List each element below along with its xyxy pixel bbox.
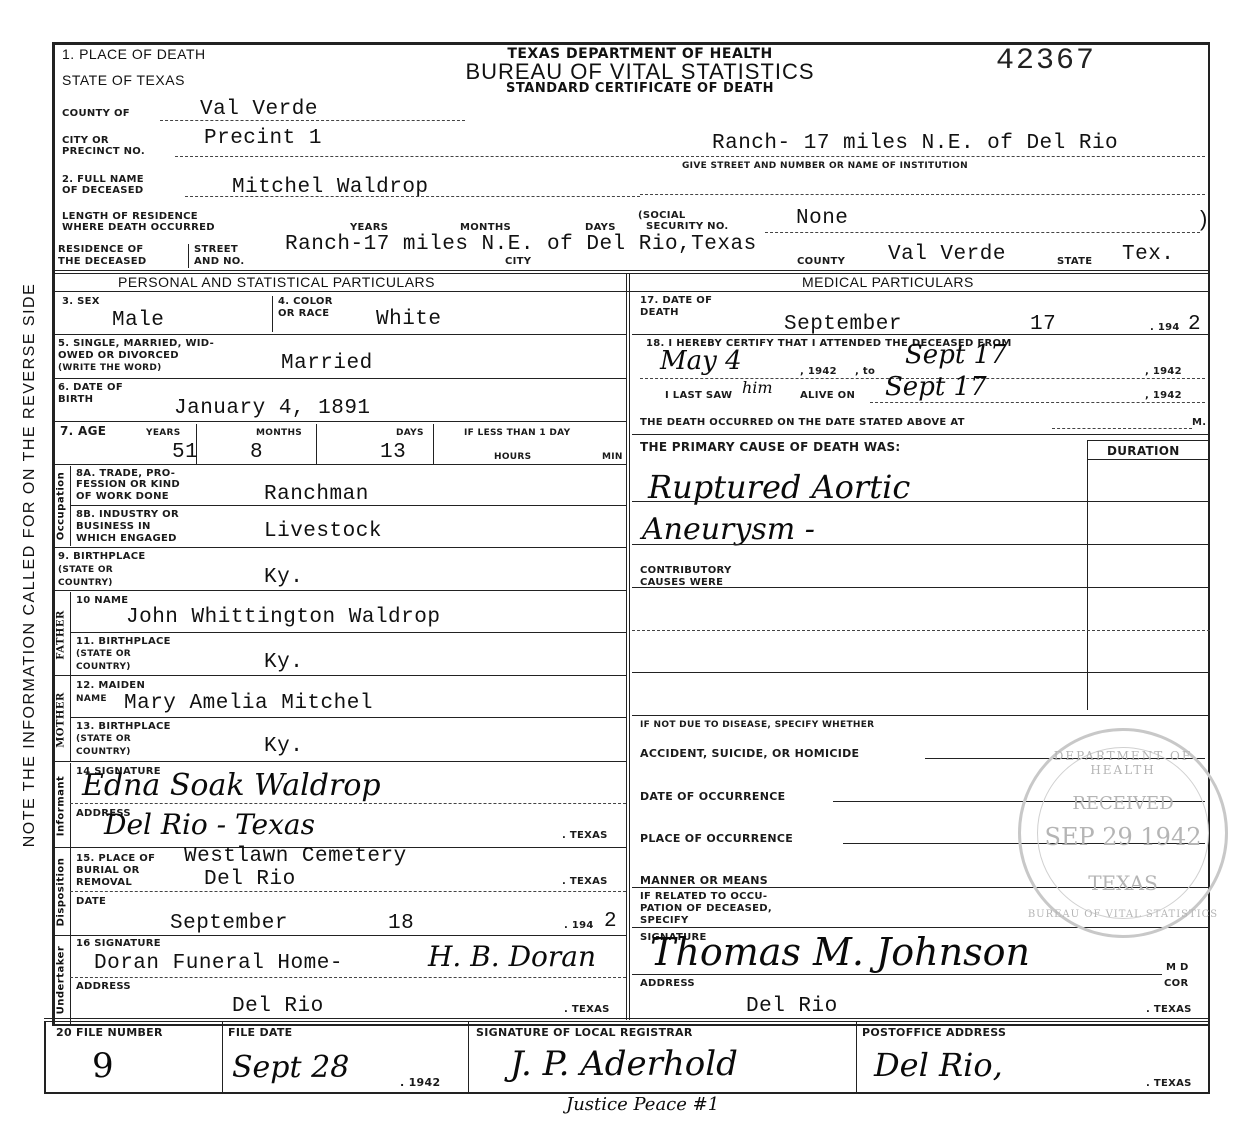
dod-day: 17 <box>1030 313 1056 336</box>
trade-label-1: 8A. TRADE, PRO- <box>76 468 175 479</box>
residence-label-2: THE DECEASED <box>58 256 146 267</box>
not-disease-label: IF NOT DUE TO DISEASE, SPECIFY WHETHER <box>640 720 874 730</box>
race-label-1: 4. COLOR <box>278 296 333 307</box>
father-name-label: 10 NAME <box>76 595 128 606</box>
undertaker-tab-label: Undertaker <box>56 946 67 1015</box>
age-less-label: IF LESS THAN 1 DAY <box>464 428 570 438</box>
city-label: CITY <box>505 256 531 267</box>
personal-section-title: PERSONAL AND STATISTICAL PARTICULARS <box>118 274 435 290</box>
certificate-number: 42367 <box>996 44 1096 78</box>
occ-related-label-1: IF RELATED TO OCCU- <box>640 891 767 902</box>
last-saw-him: him <box>742 378 773 397</box>
divider <box>272 296 273 332</box>
marital-label-3: (WRITE THE WORD) <box>58 363 162 373</box>
burial-day: 18 <box>388 912 414 935</box>
sex-value: Male <box>112 309 164 332</box>
divider <box>1087 440 1210 441</box>
stamp-state: TEXAS <box>1021 871 1225 895</box>
father-name: John Whittington Waldrop <box>126 606 440 629</box>
divider <box>70 891 626 892</box>
cause-line-2: Aneurysm - <box>642 512 815 547</box>
race-label-2: OR RACE <box>278 308 329 319</box>
birthplace-label-1: 9. BIRTHPLACE <box>58 551 146 562</box>
registrar-label: SIGNATURE OF LOCAL REGISTRAR <box>476 1027 693 1038</box>
header-title: TEXAS DEPARTMENT OF HEALTH BUREAU OF VIT… <box>400 46 880 96</box>
occupation-tab: Occupation <box>54 466 68 546</box>
divider <box>54 291 1210 292</box>
mother-tab-label: MOTHER <box>56 692 67 748</box>
divider <box>222 1022 223 1094</box>
stamp-top-text: DEPARTMENT OF HEALTH <box>1021 749 1225 777</box>
death-street-value: Ranch- 17 miles N.E. of Del Rio <box>712 132 1118 155</box>
res-county-value: Val Verde <box>888 243 1006 266</box>
mother-name-label-1: 12. MAIDEN <box>76 680 145 691</box>
death-time-suffix: M. <box>1192 417 1206 428</box>
residence-length-label-2: WHERE DEATH OCCURRED <box>62 222 215 233</box>
divider <box>632 334 1210 335</box>
last-saw-label-1: I LAST SAW <box>665 390 732 401</box>
attended-from-year: , 1942 <box>800 366 837 377</box>
primary-cause-label: THE PRIMARY CAUSE OF DEATH WAS: <box>640 442 901 453</box>
dod-label-2: DEATH <box>640 307 679 318</box>
duration-divider <box>1087 440 1088 710</box>
residence-length-label-1: LENGTH OF RESIDENCE <box>62 211 198 222</box>
burial-label-2: BURIAL OR <box>76 865 140 876</box>
city-label-2: PRECINCT NO. <box>62 146 145 157</box>
medical-section-title: MEDICAL PARTICULARS <box>802 274 974 290</box>
dob-value: January 4, 1891 <box>174 397 371 420</box>
side-note: NOTE THE INFORMATION CALLED FOR ON THE R… <box>10 255 50 875</box>
city-value: Precint 1 <box>204 127 322 150</box>
age-months-label: MONTHS <box>256 428 302 438</box>
attended-from: May 4 <box>660 346 742 376</box>
res-state-value: Tex. <box>1122 243 1174 266</box>
dob-label-1: 6. DATE OF <box>58 382 123 393</box>
place-of-death-label: 1. PLACE OF DEATH <box>62 46 206 62</box>
physician-address: Del Rio <box>746 995 838 1018</box>
burial-year-prefix: . 194 <box>564 920 594 931</box>
divider <box>1052 428 1192 429</box>
burial-label-1: 15. PLACE OF <box>76 853 155 864</box>
age-years: 51 <box>172 441 198 464</box>
registrar-title: Justice Peace #1 <box>566 1094 719 1115</box>
ssn-line <box>765 232 1200 233</box>
stamp-date: SEP 29 1942 <box>1021 823 1225 851</box>
divider <box>433 424 434 464</box>
undertaker-address: Del Rio <box>232 995 324 1018</box>
residence-label-1: RESIDENCE OF <box>58 244 144 255</box>
po-label: POSTOFFICE ADDRESS <box>862 1027 1006 1038</box>
attended-to-year: , 1942 <box>1145 366 1182 377</box>
divider <box>70 466 71 546</box>
divider <box>54 761 626 762</box>
divider <box>856 1022 857 1094</box>
divider <box>54 464 626 465</box>
divider <box>70 505 626 506</box>
informant-tab: Informant <box>54 763 68 849</box>
burial-month: September <box>170 912 288 935</box>
registrar-signature: J. P. Aderhold <box>510 1044 738 1084</box>
last-saw-date: Sept 17 <box>885 372 987 402</box>
mother-tab: MOTHER <box>54 677 68 763</box>
age-years-label: YEARS <box>146 428 181 438</box>
divider <box>54 378 626 379</box>
divider <box>70 977 626 978</box>
stamp-bottom-text: BUREAU OF VITAL STATISTICS <box>1021 909 1225 920</box>
industry-label-3: WHICH ENGAGED <box>76 533 177 544</box>
burial-city: Del Rio <box>204 868 296 891</box>
file-year: . 1942 <box>400 1077 440 1088</box>
divider <box>632 434 1210 435</box>
divider <box>70 592 71 762</box>
dob-label-2: BIRTH <box>58 394 93 405</box>
undertaker-texas: . TEXAS <box>564 1004 610 1015</box>
marital-label-1: 5. SINGLE, MARRIED, WID- <box>58 338 214 349</box>
father-tab: FATHER <box>54 592 68 678</box>
years-label: YEARS <box>350 222 388 233</box>
ssn-value: None <box>796 207 848 230</box>
father-tab-label: FATHER <box>56 610 67 660</box>
res-state-label: STATE <box>1057 256 1092 267</box>
divider <box>870 402 1205 403</box>
informant-address: Del Rio - Texas <box>104 808 315 841</box>
dod-month: September <box>784 313 902 336</box>
informant-tab-label: Informant <box>56 776 67 837</box>
divider <box>54 334 626 335</box>
divider <box>632 974 1162 975</box>
hours-label: HOURS <box>494 452 531 462</box>
last-saw-year: , 1942 <box>1145 390 1182 401</box>
po-texas: . TEXAS <box>1146 1078 1192 1089</box>
birthplace-label-2: (STATE OR <box>58 565 113 575</box>
mother-bp-label-2: (STATE OR <box>76 734 131 744</box>
divider <box>640 194 1205 195</box>
divider <box>54 547 626 548</box>
contrib-label-1: CONTRIBUTORY <box>640 565 732 576</box>
undertaker-addr-label: ADDRESS <box>76 981 131 992</box>
street-hint: GIVE STREET AND NUMBER OR NAME OF INSTIT… <box>682 161 968 171</box>
occupation-tab-label: Occupation <box>56 472 67 541</box>
occurrence-place-label: PLACE OF OCCURRENCE <box>640 833 793 844</box>
occ-related-label-2: PATION OF DECEASED, <box>640 903 772 914</box>
burial-year-suffix: 2 <box>604 910 617 933</box>
po-address: Del Rio, <box>874 1046 1003 1084</box>
state-label: STATE OF TEXAS <box>62 72 185 88</box>
occurrence-date-label: DATE OF OCCURRENCE <box>640 791 785 802</box>
file-date-label: FILE DATE <box>228 1027 292 1038</box>
age-months: 8 <box>250 441 263 464</box>
father-bp-label-2: (STATE OR <box>76 649 131 659</box>
marital-label-2: OWED OR DIVORCED <box>58 350 179 361</box>
burial-texas: . TEXAS <box>562 876 608 887</box>
mother-bp-label-1: 13. BIRTHPLACE <box>76 721 171 732</box>
industry-label-1: 8B. INDUSTRY OR <box>76 509 179 520</box>
county-label: COUNTY OF <box>62 108 130 119</box>
burial-label-3: REMOVAL <box>76 877 132 888</box>
physician-texas: . TEXAS <box>1146 1004 1192 1015</box>
mother-name-label-2: NAME <box>76 694 107 704</box>
dod-year-suffix: 2 <box>1188 313 1201 336</box>
divider <box>54 421 626 422</box>
physician-signature: Thomas M. Johnson <box>650 930 1030 974</box>
trade-value: Ranchman <box>264 483 369 506</box>
age-days-label: DAYS <box>396 428 424 438</box>
burial-place: Westlawn Cemetery <box>184 845 407 868</box>
death-time-label: THE DEATH OCCURRED ON THE DATE STATED AB… <box>640 417 965 428</box>
undertaker-signature: H. B. Doran <box>428 940 596 973</box>
city-label-1: CITY OR <box>62 135 109 146</box>
undertaker-sig-label: 16 SIGNATURE <box>76 938 161 949</box>
industry-label-2: BUSINESS IN <box>76 521 151 532</box>
city-line <box>175 156 1205 157</box>
occ-related-label-3: SPECIFY <box>640 915 689 926</box>
attended-to-label: , to <box>855 366 875 377</box>
received-stamp: DEPARTMENT OF HEALTH RECEIVED SEP 29 194… <box>1018 728 1228 938</box>
age-label: 7. AGE <box>60 426 106 437</box>
months-label: MONTHS <box>460 222 511 233</box>
name-line <box>185 196 640 197</box>
certificate-subtitle: STANDARD CERTIFICATE OF DEATH <box>400 82 880 96</box>
name-label-1: 2. FULL NAME <box>62 174 144 185</box>
min-label: MIN <box>602 452 623 462</box>
mother-bp-value: Ky. <box>264 735 303 758</box>
divider <box>70 803 626 804</box>
ssn-paren: ) <box>1200 206 1207 232</box>
stamp-received: RECEIVED <box>1021 793 1225 814</box>
marital-value: Married <box>281 352 373 375</box>
file-number: 9 <box>92 1046 114 1086</box>
cause-line <box>632 544 1210 545</box>
father-bp-value: Ky. <box>264 651 303 674</box>
last-saw-label-2: ALIVE ON <box>800 390 855 401</box>
ssn-label-2: SECURITY NO. <box>646 221 729 232</box>
divider <box>54 675 626 676</box>
informant-texas: . TEXAS <box>562 830 608 841</box>
file-number-label: 20 FILE NUMBER <box>56 1027 163 1038</box>
disposition-tab: Disposition <box>54 849 68 935</box>
divider <box>54 935 626 936</box>
trade-label-2: FESSION OR KIND <box>76 479 180 490</box>
residence-value: Ranch-17 miles N.E. of Del Rio,Texas <box>285 233 757 256</box>
sex-label: 3. SEX <box>62 296 100 307</box>
burial-date-label: DATE <box>76 896 106 907</box>
cor-label: COR <box>1164 978 1188 989</box>
birthplace-label-3: COUNTRY) <box>58 578 113 588</box>
bureau-name: BUREAU OF VITAL STATISTICS <box>400 62 880 82</box>
birthplace-value: Ky. <box>264 566 303 589</box>
ssn-label-1: (SOCIAL <box>638 210 686 221</box>
father-bp-label-1: 11. BIRTHPLACE <box>76 636 171 647</box>
res-county-label: COUNTY <box>797 256 845 267</box>
divider <box>316 424 317 464</box>
divider <box>468 1022 469 1094</box>
days-label: DAYS <box>585 222 616 233</box>
accident-label: ACCIDENT, SUICIDE, OR HOMICIDE <box>640 748 859 759</box>
file-date: Sept 28 <box>232 1050 349 1085</box>
divider <box>1087 459 1210 460</box>
county-value: Val Verde <box>200 98 318 121</box>
md-label: M D <box>1166 962 1189 973</box>
street-label-1: STREET <box>194 244 238 255</box>
divider <box>188 244 189 268</box>
contrib-line <box>632 672 1210 673</box>
trade-label-3: OF WORK DONE <box>76 491 169 502</box>
divider <box>70 632 626 633</box>
father-bp-label-3: COUNTRY) <box>76 662 131 672</box>
physician-addr-label: ADDRESS <box>640 978 695 989</box>
undertaker-name: Doran Funeral Home- <box>94 952 343 975</box>
mother-bp-label-3: COUNTRY) <box>76 747 131 757</box>
name-label-2: OF DECEASED <box>62 185 144 196</box>
dod-label-1: 17. DATE OF <box>640 295 712 306</box>
undertaker-tab: Undertaker <box>54 937 68 1023</box>
divider <box>54 590 626 591</box>
industry-value: Livestock <box>264 520 382 543</box>
contrib-line <box>632 587 1210 588</box>
street-label-2: AND NO. <box>194 256 244 267</box>
disposition-tab-label: Disposition <box>56 858 67 927</box>
informant-signature: Edna Soak Waldrop <box>82 768 381 803</box>
contrib-line <box>632 630 1210 631</box>
county-line <box>160 120 465 121</box>
mother-name: Mary Amelia Mitchel <box>124 692 373 715</box>
divider <box>70 717 626 718</box>
cause-line <box>632 501 1210 502</box>
side-note-text: NOTE THE INFORMATION CALLED FOR ON THE R… <box>21 283 39 848</box>
contrib-line <box>632 715 1210 716</box>
attended-to: Sept 17 <box>905 340 1007 370</box>
manner-label: MANNER OR MEANS <box>640 875 768 886</box>
column-divider <box>626 274 630 1020</box>
duration-label: DURATION <box>1107 446 1180 457</box>
age-days: 13 <box>380 441 406 464</box>
dod-year-prefix: . 194 <box>1150 322 1180 333</box>
race-value: White <box>376 308 442 331</box>
